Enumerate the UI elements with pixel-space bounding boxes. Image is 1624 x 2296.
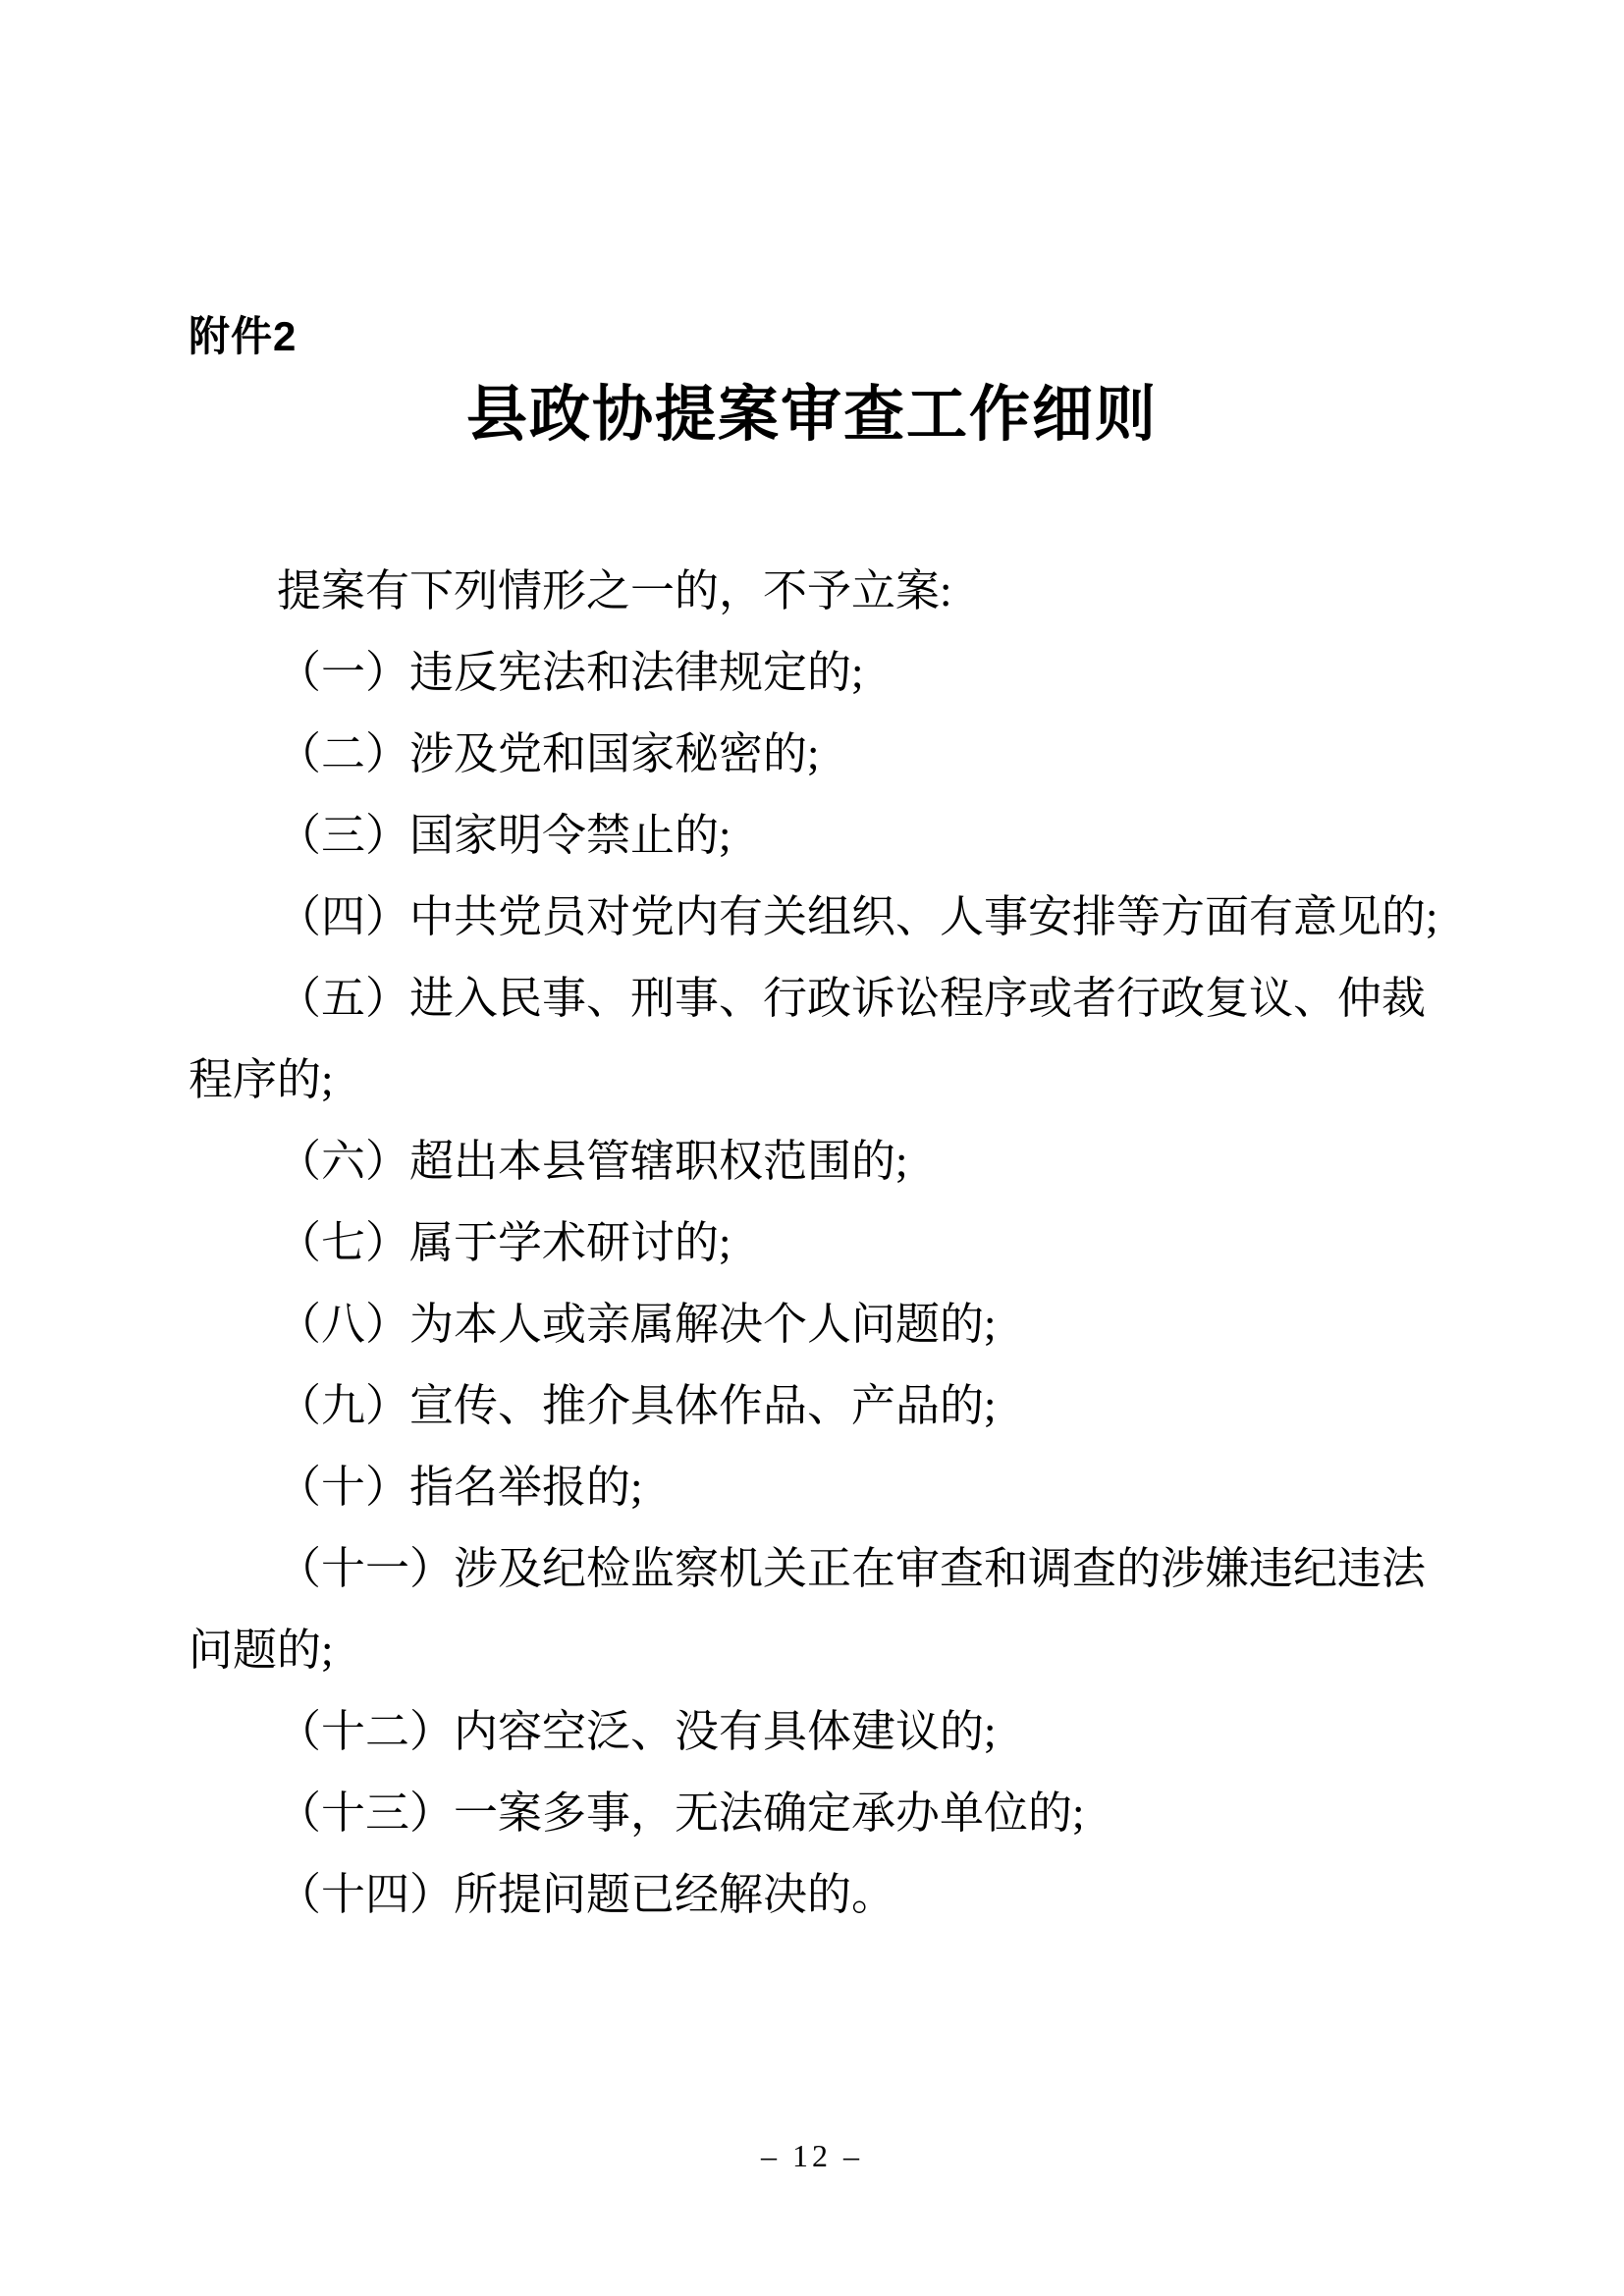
- body-line-item-12: （十二）内容空泛、没有具体建议的;: [189, 1691, 1435, 1773]
- body-line-item-5-continuation: 程序的;: [189, 1040, 1435, 1121]
- body-line-item-3: （三）国家明令禁止的;: [189, 795, 1435, 877]
- body-line-item-6: （六）超出本县管辖职权范围的;: [189, 1121, 1435, 1202]
- body-line-item-1: （一）违反宪法和法律规定的;: [189, 632, 1435, 714]
- body-line-item-13: （十三）一案多事，无法确定承办单位的;: [189, 1773, 1435, 1854]
- body-line-item-9: （九）宣传、推介具体作品、产品的;: [189, 1365, 1435, 1447]
- body-line-item-10: （十）指名举报的;: [189, 1447, 1435, 1528]
- body-line-intro: 提案有下列情形之一的，不予立案:: [189, 551, 1435, 632]
- body-line-item-2: （二）涉及党和国家秘密的;: [189, 714, 1435, 795]
- body-line-item-14: （十四）所提问题已经解决的。: [189, 1854, 1435, 1936]
- body-line-item-8: （八）为本人或亲属解决个人问题的;: [189, 1284, 1435, 1365]
- body-line-item-5: （五）进入民事、刑事、行政诉讼程序或者行政复议、仲裁: [189, 958, 1435, 1040]
- document-title: 县政协提案审查工作细则: [189, 379, 1435, 452]
- body-line-item-7: （七）属于学术研讨的;: [189, 1202, 1435, 1284]
- document-page: 附件2 县政协提案审查工作细则 提案有下列情形之一的，不予立案: （一）违反宪法…: [0, 0, 1624, 2296]
- page-number: – 12 –: [0, 2136, 1624, 2175]
- body-line-item-11: （十一）涉及纪检监察机关正在审查和调查的涉嫌违纪违法: [189, 1528, 1435, 1610]
- body-line-item-11-continuation: 问题的;: [189, 1610, 1435, 1691]
- body-line-item-4: （四）中共党员对党内有关组织、人事安排等方面有意见的;: [189, 877, 1435, 958]
- document-body: 提案有下列情形之一的，不予立案: （一）违反宪法和法律规定的; （二）涉及党和国…: [189, 551, 1435, 1936]
- attachment-label: 附件2: [189, 312, 297, 361]
